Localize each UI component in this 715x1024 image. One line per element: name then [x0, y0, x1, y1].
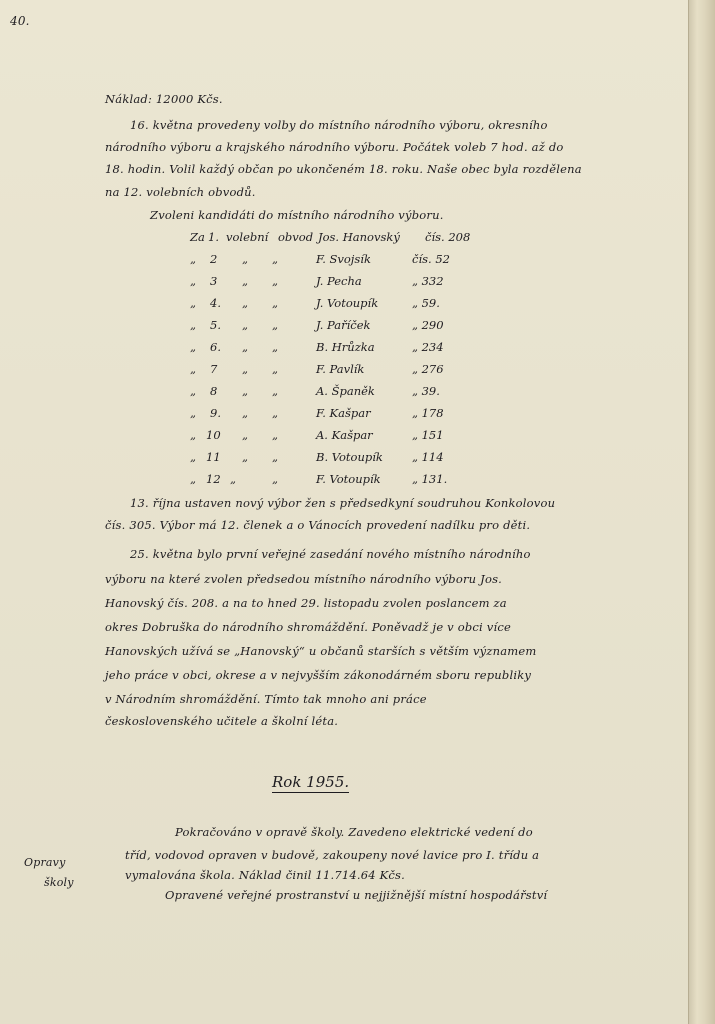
row-ditto1: „	[242, 296, 248, 310]
year-para-line-4: Opravené veřejné prostranství u nejjižně…	[165, 888, 547, 902]
meeting-line-8: československého učitele a školní léta.	[105, 714, 338, 728]
candidates-heading: Zvoleni kandidáti do místního národního …	[150, 208, 444, 222]
row-name: F. Pavlík	[316, 362, 364, 376]
row-prefix: „	[190, 340, 196, 354]
row-house: „ 151	[412, 428, 444, 442]
row-district: 1.	[208, 230, 219, 244]
row-name: A. Kašpar	[316, 428, 373, 442]
row-ditto1: „	[242, 450, 248, 464]
row-ditto2: „	[272, 472, 278, 486]
row-name: J. Votoupík	[316, 296, 378, 310]
table-row: „ 7 „ „ F. Pavlík „ 276	[190, 362, 490, 384]
meeting-line-5: Hanovských užívá se „Hanovský“ u občanů …	[105, 644, 537, 658]
row-ditto2: „	[272, 340, 278, 354]
table-row: Za 1. volební obvod Jos. Hanovský čís. 2…	[190, 230, 490, 252]
row-name: B. Hrůzka	[316, 340, 375, 354]
row-house: „ 59.	[412, 296, 440, 310]
row-name: F. Kašpar	[316, 406, 371, 420]
row-district: 3	[210, 274, 217, 288]
table-row: „ 5. „ „ J. Paříček „ 290	[190, 318, 490, 340]
row-house: „ 131.	[412, 472, 447, 486]
elections-line-4: na 12. volebních obvodů.	[105, 185, 256, 199]
elections-line-2: národního výboru a krajského národního v…	[105, 140, 564, 154]
row-district: 11	[206, 450, 221, 464]
row-name: F. Svojsík	[316, 252, 371, 266]
chronicle-page: 40. Náklad: 12000 Kčs. 16. května proved…	[0, 0, 688, 1024]
row-district: 10	[206, 428, 221, 442]
row-prefix: „	[190, 296, 196, 310]
meeting-line-7: v Národním shromáždění. Tímto tak mnoho …	[105, 692, 427, 706]
row-prefix: „	[190, 450, 196, 464]
row-prefix: „	[190, 274, 196, 288]
row-ditto1: „	[242, 384, 248, 398]
row-name: J. Pecha	[316, 274, 362, 288]
row-ditto2: „	[272, 296, 278, 310]
row-prefix: „	[190, 252, 196, 266]
year-para-line-3: vymalována škola. Náklad činil 11.714.64…	[125, 868, 405, 882]
row-name: A. Španěk	[316, 384, 375, 398]
row-ditto2: „	[272, 274, 278, 288]
row-ditto2: „	[272, 406, 278, 420]
row-district: 6.	[210, 340, 221, 354]
row-name: Jos. Hanovský	[318, 230, 400, 244]
row-district: 5.	[210, 318, 221, 332]
row-ditto1: „	[242, 362, 248, 376]
row-prefix: „	[190, 472, 196, 486]
row-house: čís. 208	[425, 230, 470, 244]
row-ditto2: „	[272, 318, 278, 332]
table-row: „ 3 „ „ J. Pecha „ 332	[190, 274, 490, 296]
row-ditto1: „	[242, 340, 248, 354]
row-district: 7	[210, 362, 217, 376]
cost-line: Náklad: 12000 Kčs.	[105, 92, 223, 106]
row-prefix: „	[190, 384, 196, 398]
elections-line-3: 18. hodin. Volil každý občan po ukončené…	[105, 162, 582, 176]
table-row: „ 12 „ „ F. Votoupík „ 131.	[190, 472, 490, 494]
table-row: „ 4. „ „ J. Votoupík „ 59.	[190, 296, 490, 318]
row-ditto1: „	[242, 428, 248, 442]
row-ditto1: „	[242, 318, 248, 332]
row-name: B. Votoupík	[316, 450, 383, 464]
row-house: „ 178	[412, 406, 444, 420]
row-ditto2: „	[272, 362, 278, 376]
meeting-line-2: výboru na které zvolen předsedou místníh…	[105, 572, 502, 586]
row-house: „ 39.	[412, 384, 440, 398]
row-house: čís. 52	[412, 252, 450, 266]
meeting-line-6: jeho práce v obci, okrese a v nejvyšším …	[105, 668, 531, 682]
row-ditto1: „	[242, 274, 248, 288]
meeting-line-1: 25. května bylo první veřejné zasedání n…	[130, 547, 531, 561]
elections-line-1: 16. května provedeny volby do místního n…	[130, 118, 548, 132]
meeting-line-3: Hanovský čís. 208. a na to hned 29. list…	[105, 596, 507, 610]
row-ditto2: „	[272, 252, 278, 266]
row-house: „ 332	[412, 274, 444, 288]
row-house: „ 234	[412, 340, 444, 354]
table-row: „ 10 „ „ A. Kašpar „ 151	[190, 428, 490, 450]
row-house: „ 290	[412, 318, 444, 332]
row-ditto1: „	[242, 252, 248, 266]
row-prefix: Za	[190, 230, 205, 244]
table-row: „ 11 „ „ B. Votoupík „ 114	[190, 450, 490, 472]
row-prefix: „	[190, 406, 196, 420]
year-para-line-2: tříd, vodovod opraven v budově, zakoupen…	[125, 848, 539, 862]
row-ditto2: „	[272, 450, 278, 464]
row-prefix: „	[190, 318, 196, 332]
row-prefix: „	[190, 428, 196, 442]
row-ditto2: „	[272, 384, 278, 398]
year-heading: Rok 1955.	[272, 773, 349, 793]
margin-note-line-2: školy	[44, 876, 74, 889]
row-district: 4.	[210, 296, 221, 310]
row-district: 2	[210, 252, 217, 266]
table-row: „ 9. „ „ F. Kašpar „ 178	[190, 406, 490, 428]
row-ditto2: obvod	[278, 230, 313, 244]
row-name: J. Paříček	[316, 318, 371, 332]
table-row: „ 2 „ „ F. Svojsík čís. 52	[190, 252, 490, 274]
table-row: „ 8 „ „ A. Španěk „ 39.	[190, 384, 490, 406]
book-spine-edge	[688, 0, 715, 1024]
row-name: F. Votoupík	[316, 472, 381, 486]
committee-line-2: čís. 305. Výbor má 12. členek a o Vánocí…	[105, 518, 530, 532]
row-prefix: „	[190, 362, 196, 376]
row-house: „ 114	[412, 450, 444, 464]
row-ditto1: volební	[226, 230, 268, 244]
row-house: „ 276	[412, 362, 444, 376]
meeting-line-4: okres Dobruška do národního shromáždění.…	[105, 620, 511, 634]
table-row: „ 6. „ „ B. Hrůzka „ 234	[190, 340, 490, 362]
row-ditto2: „	[272, 428, 278, 442]
year-para-line-1: Pokračováno v opravě školy. Zavedeno ele…	[175, 825, 533, 839]
committee-line-1: 13. října ustaven nový výbor žen s předs…	[130, 496, 555, 510]
margin-note-line-1: Opravy	[24, 856, 66, 869]
row-district: 12	[206, 472, 221, 486]
row-district: 9.	[210, 406, 221, 420]
row-ditto1: „	[242, 406, 248, 420]
row-district: 8	[210, 384, 217, 398]
row-ditto1: „	[230, 472, 236, 486]
page-number: 40.	[10, 14, 30, 28]
